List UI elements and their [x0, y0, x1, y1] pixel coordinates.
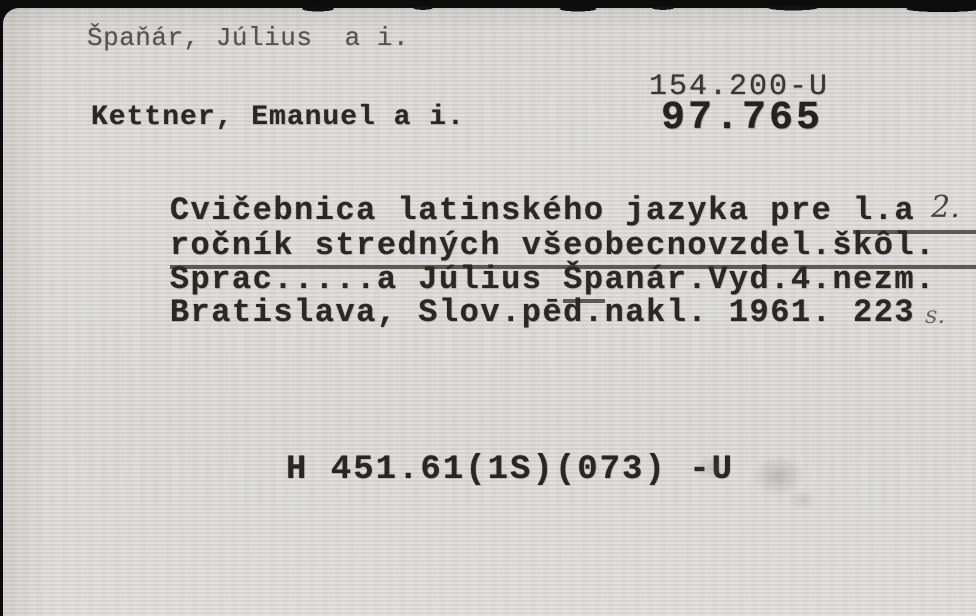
author-line: Kettner, Emanuel a i. [91, 102, 465, 134]
catalog-card: Špaňár, Július a i. 154.200-U 97.765 Ket… [3, 8, 976, 616]
handwritten-s: s. [925, 302, 945, 330]
inventory-number: 97.765 [661, 96, 823, 142]
classification-line: H 451.61(1S)(073) -U [286, 451, 734, 490]
imprint-line-text: Bratislava, Slov.pēd.nakl. 1961. 223 [170, 294, 915, 331]
scan-top-edge [3, 5, 976, 15]
erased-stamp-smudge [683, 438, 863, 523]
imprint-line: Bratislava, Slov.pēd.nakl. 1961. 223s. [87, 258, 945, 368]
card-heading-author: Špaňár, Július a i. [87, 24, 409, 54]
